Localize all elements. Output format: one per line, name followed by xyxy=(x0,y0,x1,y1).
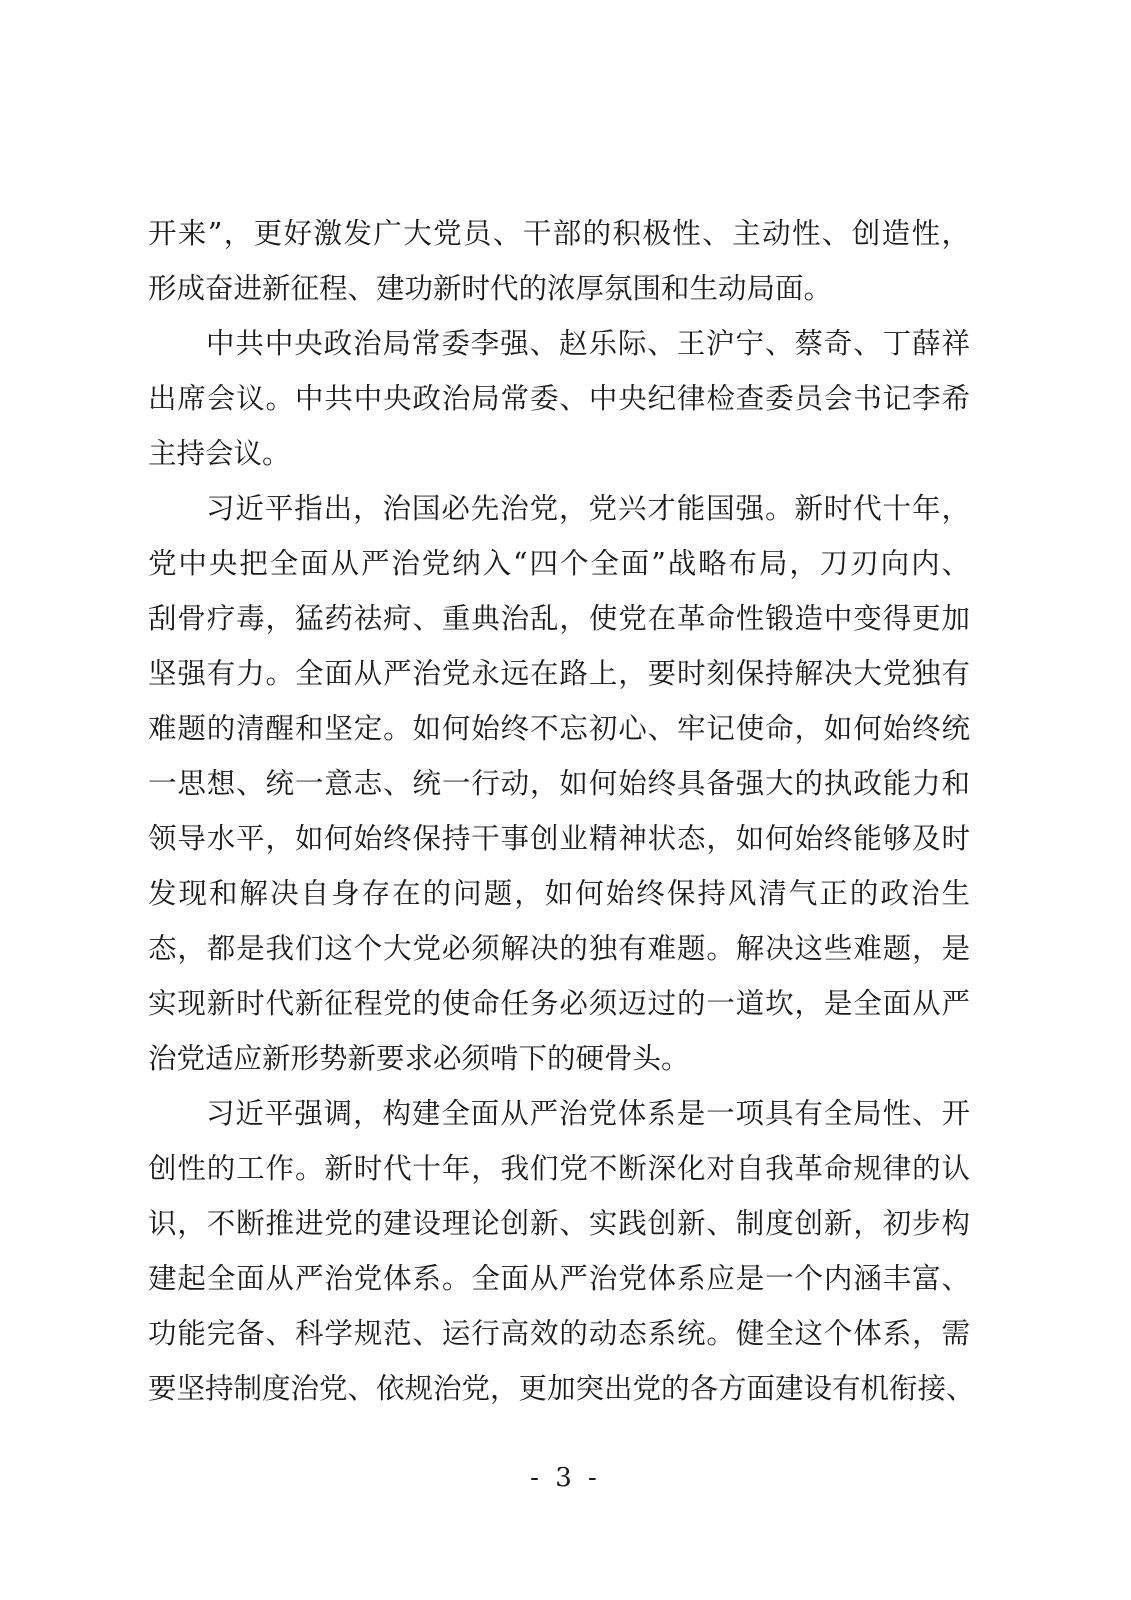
text-line: 领导水平，如何始终保持干事创业精神状态，如何始终能够及时 xyxy=(148,811,970,866)
text-line: 中共中央政治局常委李强、赵乐际、王沪宁、蔡奇、丁薛祥 xyxy=(148,316,970,371)
text-line: 创性的工作。新时代十年，我们党不断深化对自我革命规律的认 xyxy=(148,1141,970,1196)
document-page: 开来”，更好激发广大党员、干部的积极性、主动性、创造性， 形成奋进新征程、建功新… xyxy=(0,0,1131,1600)
text-line: 发现和解决自身存在的问题，如何始终保持风清气正的政治生 xyxy=(148,866,970,921)
text-line: 一思想、统一意志、统一行动，如何始终具备强大的执政能力和 xyxy=(148,756,970,811)
text-line: 功能完备、科学规范、运行高效的动态系统。健全这个体系，需 xyxy=(148,1306,970,1361)
text-line: 治党适应新形势新要求必须啃下的硬骨头。 xyxy=(148,1031,970,1086)
text-line: 要坚持制度治党、依规治党，更加突出党的各方面建设有机衔接、 xyxy=(148,1361,970,1416)
text-line: 形成奋进新征程、建功新时代的浓厚氛围和生动局面。 xyxy=(148,261,970,316)
page-number: - 3 - xyxy=(0,1458,1131,1498)
text-line: 建起全面从严治党体系。全面从严治党体系应是一个内涵丰富、 xyxy=(148,1251,970,1306)
text-line: 习近平指出，治国必先治党，党兴才能国强。新时代十年， xyxy=(148,481,970,536)
text-line: 刮骨疗毒，猛药祛疴、重典治乱，使党在革命性锻造中变得更加 xyxy=(148,591,970,646)
text-line: 识，不断推进党的建设理论创新、实践创新、制度创新，初步构 xyxy=(148,1196,970,1251)
text-line: 主持会议。 xyxy=(148,426,970,481)
body-text: 开来”，更好激发广大党员、干部的积极性、主动性、创造性， 形成奋进新征程、建功新… xyxy=(148,206,970,1416)
text-line: 实现新时代新征程党的使命任务必须迈过的一道坎，是全面从严 xyxy=(148,976,970,1031)
text-line: 习近平强调，构建全面从严治党体系是一项具有全局性、开 xyxy=(148,1086,970,1141)
text-line: 出席会议。中共中央政治局常委、中央纪律检查委员会书记李希 xyxy=(148,371,970,426)
text-line: 开来”，更好激发广大党员、干部的积极性、主动性、创造性， xyxy=(148,206,970,261)
text-line: 态，都是我们这个大党必须解决的独有难题。解决这些难题，是 xyxy=(148,921,970,976)
text-line: 党中央把全面从严治党纳入“四个全面”战略布局，刀刃向内、 xyxy=(148,536,970,591)
text-line: 难题的清醒和坚定。如何始终不忘初心、牢记使命，如何始终统 xyxy=(148,701,970,756)
text-line: 坚强有力。全面从严治党永远在路上，要时刻保持解决大党独有 xyxy=(148,646,970,701)
